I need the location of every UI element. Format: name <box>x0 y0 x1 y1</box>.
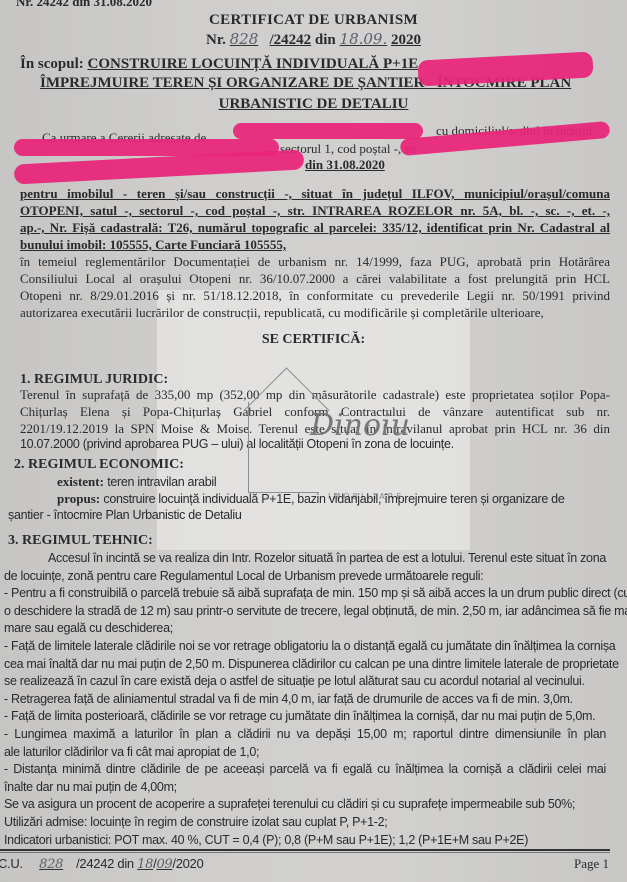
propus-value: construire locuință individuală P+1E, ba… <box>103 492 564 506</box>
footer-reference: C.U. 828/24242 din 18/09/2020 <box>0 856 203 872</box>
scope-line-3: URBANISTIC DE DETALIU <box>0 96 627 113</box>
watermark-script: Dinoiu <box>310 408 410 443</box>
legal-line: în temeiul reglementărilor Documentației… <box>20 254 610 270</box>
footer-prefix: C.U. <box>0 856 23 871</box>
tehnic-line: - Față de limitele laterale clădirile no… <box>4 639 606 653</box>
redaction-mark <box>233 123 423 139</box>
date-handwritten: 18.09. <box>340 30 388 48</box>
legal-line: autorizarea executării lucrărilor de con… <box>20 305 544 321</box>
watermark-logo: Dinoiu IMOBILIARE <box>248 452 408 522</box>
tehnic-line: se realizează în cazul în care există de… <box>4 674 585 688</box>
document-title: CERTIFICAT DE URBANISM <box>0 12 627 29</box>
tehnic-line: Indicatori urbanistici: POT max. 40 %, C… <box>4 833 528 847</box>
existent-row: existent: teren intravilan arabil <box>57 474 216 490</box>
propus-cont: șantier - întocmire Plan Urbanistic de D… <box>8 508 242 522</box>
nr-handwritten: 828 <box>230 30 259 48</box>
nr-prefix: Nr. <box>206 32 226 48</box>
footer-year: /2020 <box>172 856 203 871</box>
footer-rule <box>0 849 610 851</box>
tehnic-line: cea mai înaltă dar nu mai puțin de 2,50 … <box>4 657 606 671</box>
tehnic-line: - Distanța minimă dintre clădirile de pe… <box>4 762 606 776</box>
scope-line-1: În scopul: CONSTRUIRE LOCUINȚĂ INDIVIDUA… <box>20 56 418 73</box>
din-label: din <box>315 32 336 48</box>
tehnic-line: - Pentru a fi construibilă o parcelă tre… <box>4 586 606 600</box>
certificate-number: Nr. 828 /24242 din 18.09. 2020 <box>0 30 627 49</box>
request-date: din 31.08.2020 <box>305 157 385 173</box>
tehnic-line: - Față de limita posterioară, clădirile … <box>4 709 595 723</box>
document-page: Nr. 24242 din 31.08.2020 CERTIFICAT DE U… <box>0 0 627 882</box>
property-line: pentru imobilul - teren și/sau construcț… <box>20 186 610 202</box>
property-line: bunului imobil: 105555, Carte Funciară 1… <box>20 237 286 253</box>
scope-label: În scopul: <box>20 56 84 72</box>
page-number: Page 1 <box>574 856 609 872</box>
tehnic-line: Se va asigura un procent de acoperire a … <box>4 797 575 811</box>
tehnic-line: ale laturilor clădirilor va fi cât mai a… <box>4 745 259 759</box>
footer-nr-suffix: /24242 din <box>76 856 134 871</box>
scope-text-1: CONSTRUIRE LOCUINȚĂ INDIVIDUALĂ P+1E <box>88 56 419 72</box>
section-tehnic-heading: 3. REGIMUL TEHNIC: <box>8 533 153 549</box>
nr-suffix: /24242 <box>270 32 312 48</box>
tehnic-line: mare sau egală cu deschiderea; <box>4 621 173 635</box>
propus-row: propus: construire locuință individuală … <box>57 491 565 507</box>
legal-line: Otopeni nr. 8/29.01.2016 și nr. 51/18.12… <box>20 288 610 304</box>
tehnic-line: Accesul în incintă se va realiza din Int… <box>48 551 606 565</box>
tehnic-line: - Retragerea față de aliniamentul strada… <box>4 692 573 706</box>
section-juridic-heading: 1. REGIMUL JURIDIC: <box>20 372 168 388</box>
existent-label: existent: <box>57 474 104 489</box>
footer-rule-thin <box>0 852 610 853</box>
request-reference: Nr. 24242 din 31.08.2020 <box>16 0 152 10</box>
property-line: OTOPENI, satul -, sectorul -, cod poștal… <box>20 203 610 219</box>
property-line: ap.-, Nr. Fișă cadastrală: T26, numărul … <box>20 220 610 236</box>
footer-day: 18 <box>137 857 153 872</box>
se-certifica-heading: SE CERTIFICĂ: <box>0 332 627 348</box>
footer-nr-handwritten: 828 <box>26 857 76 872</box>
section-economic-heading: 2. REGIMUL ECONOMIC: <box>14 457 184 473</box>
tehnic-line: o deschidere la stradă de 12 m) sau prin… <box>4 604 606 618</box>
tehnic-line: de locuințe, zonă pentru care Regulament… <box>4 569 483 583</box>
existent-value: teren intravilan arabil <box>107 475 216 489</box>
tehnic-line: Utilizări admise: locuințe în regim de c… <box>4 815 387 829</box>
footer-month: 09 <box>156 857 172 872</box>
legal-line: Consiliului Local al orașului Otopeni nr… <box>20 271 610 287</box>
tehnic-line: înalte dar nu mai puțin de 4,00m; <box>4 780 177 794</box>
propus-label: propus: <box>57 491 100 506</box>
year: 2020 <box>391 32 421 48</box>
tehnic-line: - Lungimea maximă a laturilor în plan a … <box>4 727 606 741</box>
